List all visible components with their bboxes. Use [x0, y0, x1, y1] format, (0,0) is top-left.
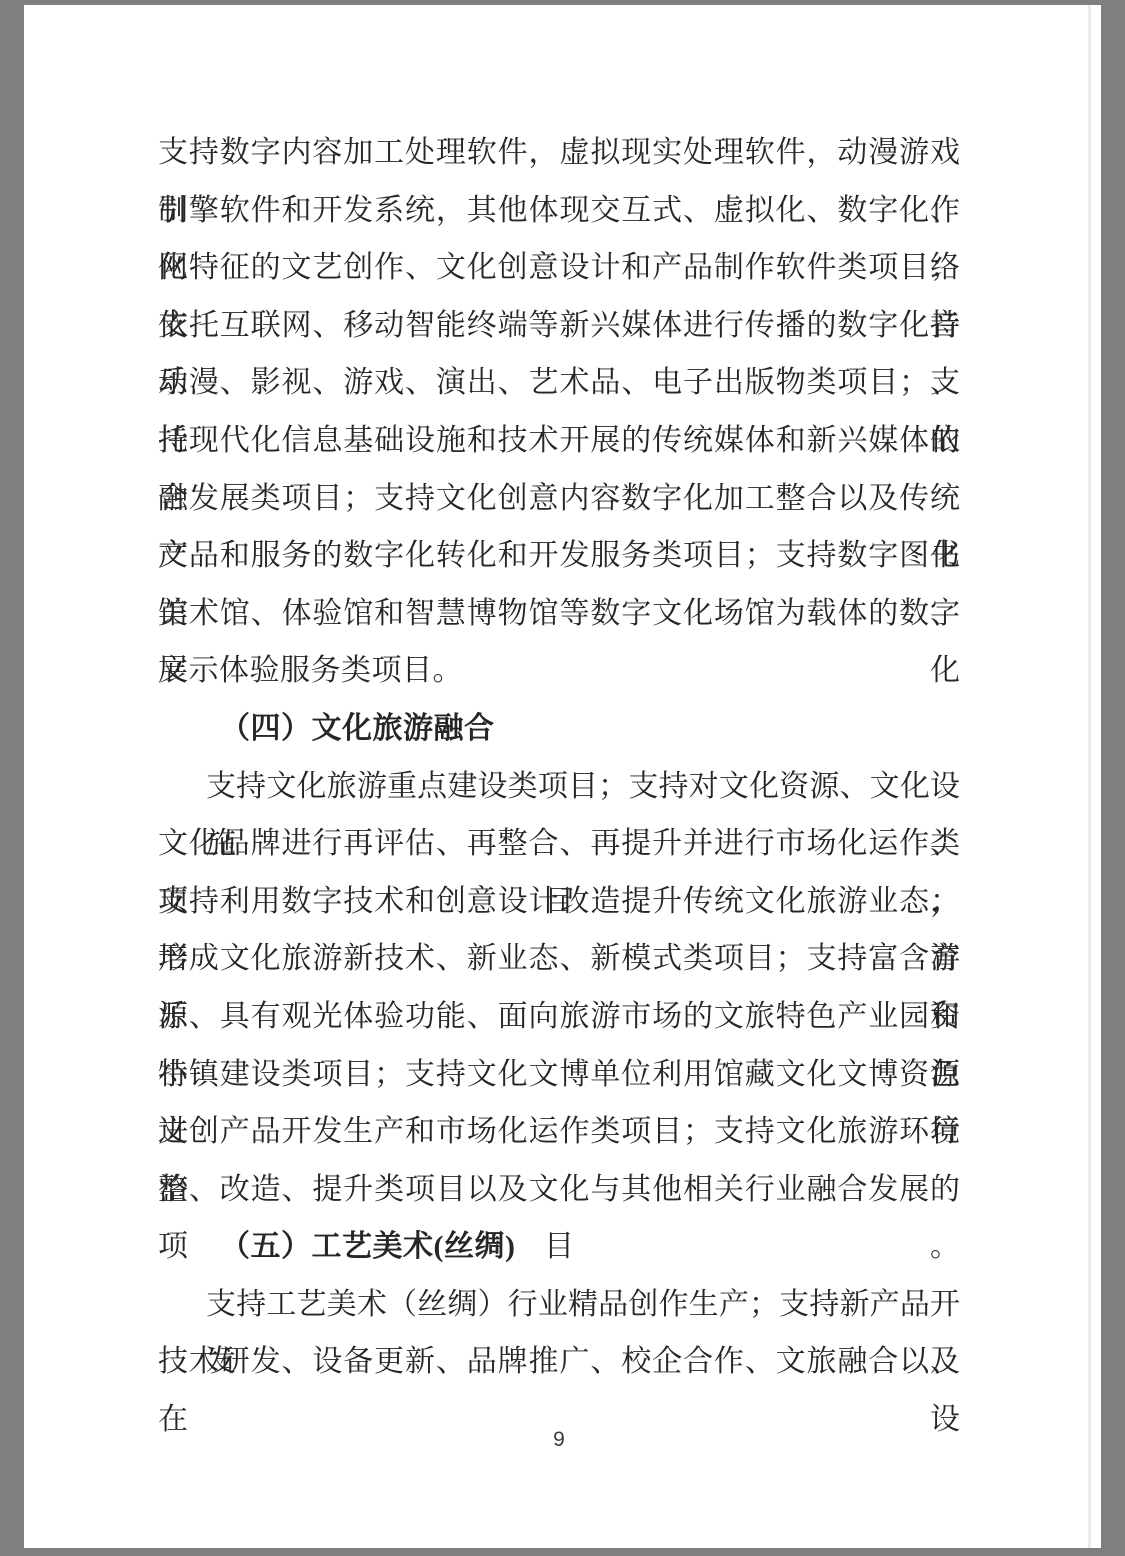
- text-line: 文化品牌进行再评估、再整合、再提升并进行市场化运作类项目；: [158, 815, 960, 873]
- document-text-block: 支持数字内容加工处理软件，虚拟现实处理软件，动漫游戏制作 引擎软件和开发系统，其…: [158, 124, 960, 1391]
- text-line: 美术馆、体验馆和智慧博物馆等数字文化场馆为载体的数字文化: [158, 585, 960, 643]
- text-line: 托现代化信息基础设施和技术开展的传统媒体和新兴媒体的融: [158, 412, 960, 470]
- text-line: 依托互联网、移动智能终端等新兴媒体进行传播的数字化音乐、: [158, 297, 960, 355]
- text-line: 动漫、影视、游戏、演出、艺术品、电子出版物类项目；支持依: [158, 354, 960, 412]
- section-heading-4: （四）文化旅游融合: [158, 700, 960, 758]
- text-line: 支持工艺美术（丝绸）行业精品创作生产；支持新产品开发、: [158, 1276, 960, 1334]
- text-line: 化特征的文艺创作、文化创意设计和产品制作软件类项目；支持: [158, 239, 960, 297]
- text-line: 产品和服务的数字化转化和开发服务类项目；支持数字图书馆、: [158, 527, 960, 585]
- text-line: 支持数字内容加工处理软件，虚拟现实处理软件，动漫游戏制作: [158, 124, 960, 182]
- text-line: 小镇建设类项目；支持文化文博单位利用馆藏文化文博资源进行: [158, 1046, 960, 1104]
- page-edge-divider: [1088, 5, 1091, 1548]
- text-line: 文创产品开发生产和市场化运作类项目；支持文化旅游环境整: [158, 1103, 960, 1161]
- document-page: 支持数字内容加工处理软件，虚拟现实处理软件，动漫游戏制作 引擎软件和开发系统，其…: [24, 5, 1101, 1548]
- text-line: 治、改造、提升类项目以及文化与其他相关行业融合发展的项目。: [158, 1161, 960, 1219]
- pdf-viewer-background: 支持数字内容加工处理软件，虚拟现实处理软件，动漫游戏制作 引擎软件和开发系统，其…: [0, 0, 1125, 1556]
- text-line: 引擎软件和开发系统，其他体现交互式、虚拟化、数字化、网络: [158, 182, 960, 240]
- text-line: 技术研发、设备更新、品牌推广、校企合作、文旅融合以及在设: [158, 1333, 960, 1391]
- text-line: 形成文化旅游新技术、新业态、新模式类项目；支持富含游乐资: [158, 930, 960, 988]
- text-line: 源、具有观光体验功能、面向旅游市场的文旅特色产业园和特色: [158, 988, 960, 1046]
- text-line: 支持文化旅游重点建设类项目；支持对文化资源、文化设施、: [158, 758, 960, 816]
- text-line: 合发展类项目；支持文化创意内容数字化加工整合以及传统文化: [158, 470, 960, 528]
- text-line: 支持利用数字技术和创意设计改造提升传统文化旅游业态，培育: [158, 873, 960, 931]
- page-number: 9: [158, 1428, 960, 1452]
